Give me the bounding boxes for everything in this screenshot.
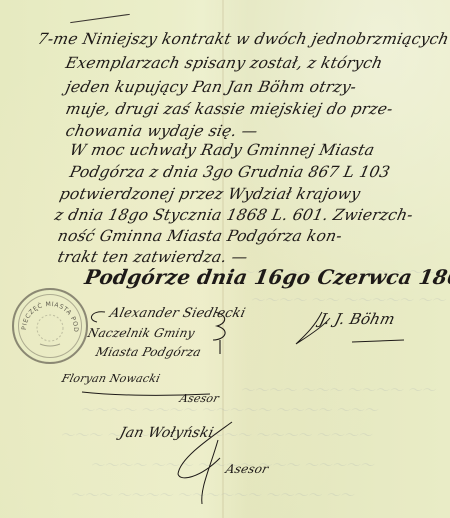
body-line: jeden kupujący Pan Jan Böhm otrzy-	[64, 78, 358, 96]
body-line: W moc uchwały Rady Gminnej Miasta	[68, 141, 376, 159]
bleed-through-text: ～～～～ ～～～～ ～～～～～ ～～～～ ～～～	[80, 400, 378, 420]
signature-assessor-2-title: Asesor	[224, 462, 270, 476]
svg-text:PIECZĘĆ MIASTA PODGÓRZA: PIECZĘĆ MIASTA PODGÓRZA	[14, 290, 79, 332]
document-page: ～～～ ～～～～ ～～～～ ～～ ～～～～ ～～ ～～～～～ ～～ ～～～～ ～…	[0, 0, 450, 518]
body-line: Podgórza z dnia 3go Grudnia 867 L 103	[68, 163, 392, 181]
body-line: Exemplarzach spisany został, z których	[64, 54, 384, 72]
body-line: z dnia 18go Stycznia 1868 L. 601. Zwierz…	[53, 206, 415, 224]
body-line: potwierdzonej przez Wydział krajowy	[58, 185, 362, 203]
signature-assessor-1-name: Floryan Nowacki	[60, 372, 161, 385]
bleed-through-text: ～～～～ ～～ ～～～～～ ～～	[250, 290, 445, 310]
bleed-through-text: ～～～～ ～～～ ～～～～ ～～	[240, 380, 435, 400]
signature-mayor-title: Naczelnik Gminy	[86, 326, 196, 340]
signature-buyer: J. J. Böhm	[318, 310, 397, 328]
signature-mayor-title: Miasta Podgórza	[94, 345, 202, 359]
signature-mayor-name: Alexander Siedlecki	[108, 306, 247, 321]
decorative-line	[70, 14, 130, 23]
body-line: trakt ten zatwierdza. —	[56, 248, 249, 266]
official-seal: PIECZĘĆ MIASTA PODGÓRZA	[12, 288, 88, 364]
body-line: 7-me Niniejszy kontrakt w dwóch jednobrz…	[36, 30, 450, 48]
date-line: Podgórze dnia 16go Czerwca 1868.	[83, 265, 450, 289]
body-line: chowania wydaje się. —	[64, 122, 259, 140]
signature-assessor-1-title: Asesor	[178, 392, 220, 405]
body-line: muje, drugi zaś kassie miejskiej do prze…	[64, 100, 394, 118]
body-line: ność Gminna Miasta Podgórza kon-	[56, 227, 344, 245]
seal-icon: PIECZĘĆ MIASTA PODGÓRZA	[14, 290, 86, 362]
